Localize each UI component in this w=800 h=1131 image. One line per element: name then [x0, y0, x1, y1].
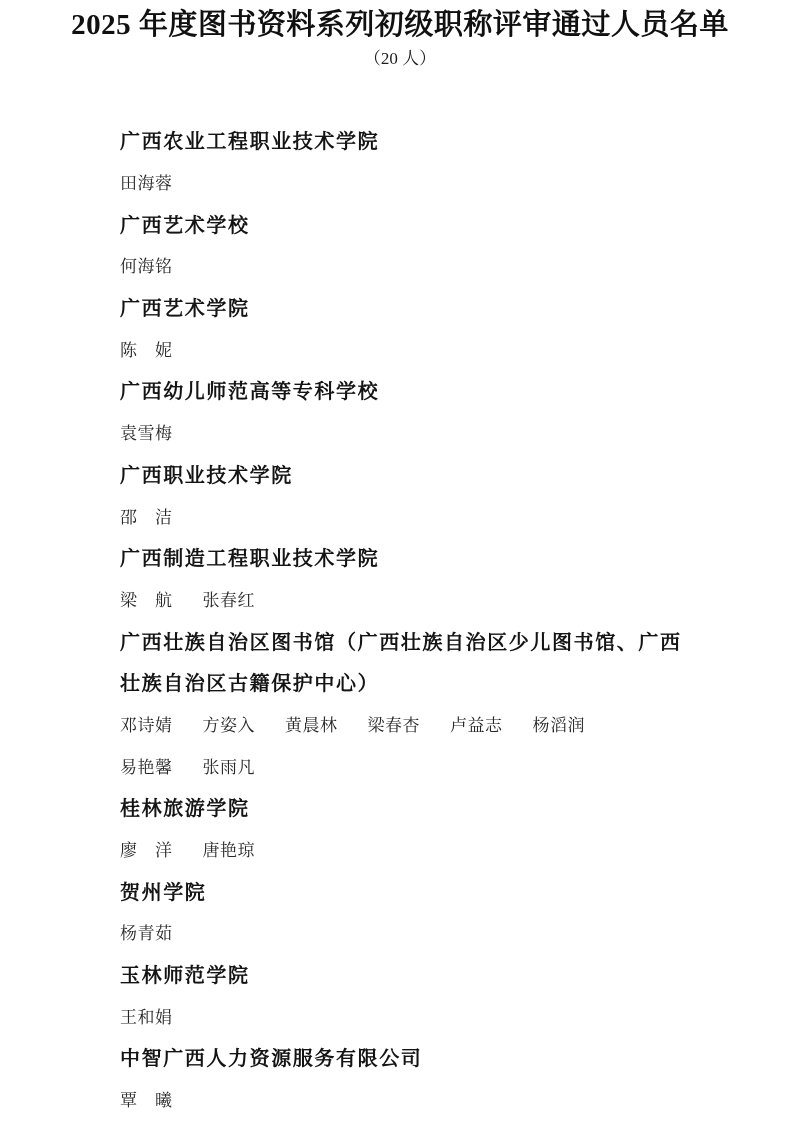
- institution-section: 广西艺术学院陈 妮: [120, 286, 700, 369]
- person-name: 黄晨林: [285, 711, 338, 736]
- institution-heading: 广西农业工程职业技术学院: [120, 119, 700, 161]
- names-row: 陈 妮: [120, 327, 700, 369]
- person-name: 何海铭: [120, 252, 173, 277]
- person-name: 邵 洁: [120, 503, 173, 528]
- person-name: 覃 曦: [120, 1086, 173, 1111]
- institution-section: 玉林师范学院王和娟: [120, 953, 700, 1036]
- person-name: 王和娟: [120, 1003, 173, 1028]
- names-row: 袁雪梅: [120, 411, 700, 453]
- institution-section: 贺州学院杨青茹: [120, 869, 700, 952]
- person-name: 袁雪梅: [120, 419, 173, 444]
- names-row: 杨青茹: [120, 911, 700, 953]
- institution-heading: 广西艺术学院: [120, 286, 700, 328]
- person-count-subtitle: （20 人）: [0, 44, 800, 74]
- person-name: 杨滔润: [533, 711, 586, 736]
- institution-section: 中智广西人力资源服务有限公司覃 曦: [120, 1036, 700, 1119]
- institution-section: 广西制造工程职业技术学院梁 航张春红: [120, 536, 700, 619]
- person-name: 梁春杏: [368, 711, 421, 736]
- names-row: 王和娟: [120, 994, 700, 1036]
- institution-heading: 贺州学院: [120, 869, 700, 911]
- institution-heading: 广西制造工程职业技术学院: [120, 536, 700, 578]
- person-name: 张春红: [203, 586, 256, 611]
- document-page: 2025 年度图书资料系列初级职称评审通过人员名单 （20 人） 广西农业工程职…: [0, 6, 800, 1131]
- person-name: 陈 妮: [120, 336, 173, 361]
- person-name: 杨青茹: [120, 919, 173, 944]
- page-title: 2025 年度图书资料系列初级职称评审通过人员名单: [0, 6, 800, 44]
- institution-list: 广西农业工程职业技术学院田海蓉广西艺术学校何海铭广西艺术学院陈 妮广西幼儿师范高…: [0, 119, 800, 1120]
- institution-section: 广西幼儿师范高等专科学校袁雪梅: [120, 369, 700, 452]
- person-name: 卢益志: [450, 711, 503, 736]
- names-row: 覃 曦: [120, 1078, 700, 1120]
- person-name: 梁 航: [120, 586, 173, 611]
- names-row: 梁 航张春红: [120, 578, 700, 620]
- person-name: 廖 洋: [120, 836, 173, 861]
- person-name: 易艳馨: [120, 753, 173, 778]
- person-name: 唐艳琼: [203, 836, 256, 861]
- institution-heading: 玉林师范学院: [120, 953, 700, 995]
- institution-heading: 中智广西人力资源服务有限公司: [120, 1036, 700, 1078]
- institution-heading: 桂林旅游学院: [120, 786, 700, 828]
- institution-heading: 广西幼儿师范高等专科学校: [120, 369, 700, 411]
- institution-heading: 广西艺术学校: [120, 202, 700, 244]
- person-name: 田海蓉: [120, 169, 173, 194]
- person-name: 邓诗婧: [120, 711, 173, 736]
- institution-heading: 广西壮族自治区图书馆（广西壮族自治区少儿图书馆、广西: [120, 619, 700, 661]
- institution-heading: 壮族自治区古籍保护中心）: [120, 661, 700, 703]
- institution-section: 广西职业技术学院邵 洁: [120, 453, 700, 536]
- institution-section: 广西壮族自治区图书馆（广西壮族自治区少儿图书馆、广西壮族自治区古籍保护中心）邓诗…: [120, 619, 700, 786]
- person-name: 方姿入: [203, 711, 256, 736]
- person-name: 张雨凡: [203, 753, 256, 778]
- names-row: 廖 洋唐艳琼: [120, 828, 700, 870]
- names-row: 田海蓉: [120, 161, 700, 203]
- names-row: 邓诗婧方姿入黄晨林梁春杏卢益志杨滔润: [120, 703, 700, 745]
- institution-section: 桂林旅游学院廖 洋唐艳琼: [120, 786, 700, 869]
- names-row: 易艳馨张雨凡: [120, 744, 700, 786]
- names-row: 邵 洁: [120, 494, 700, 536]
- institution-section: 广西农业工程职业技术学院田海蓉: [120, 119, 700, 202]
- institution-heading: 广西职业技术学院: [120, 453, 700, 495]
- institution-section: 广西艺术学校何海铭: [120, 202, 700, 285]
- names-row: 何海铭: [120, 244, 700, 286]
